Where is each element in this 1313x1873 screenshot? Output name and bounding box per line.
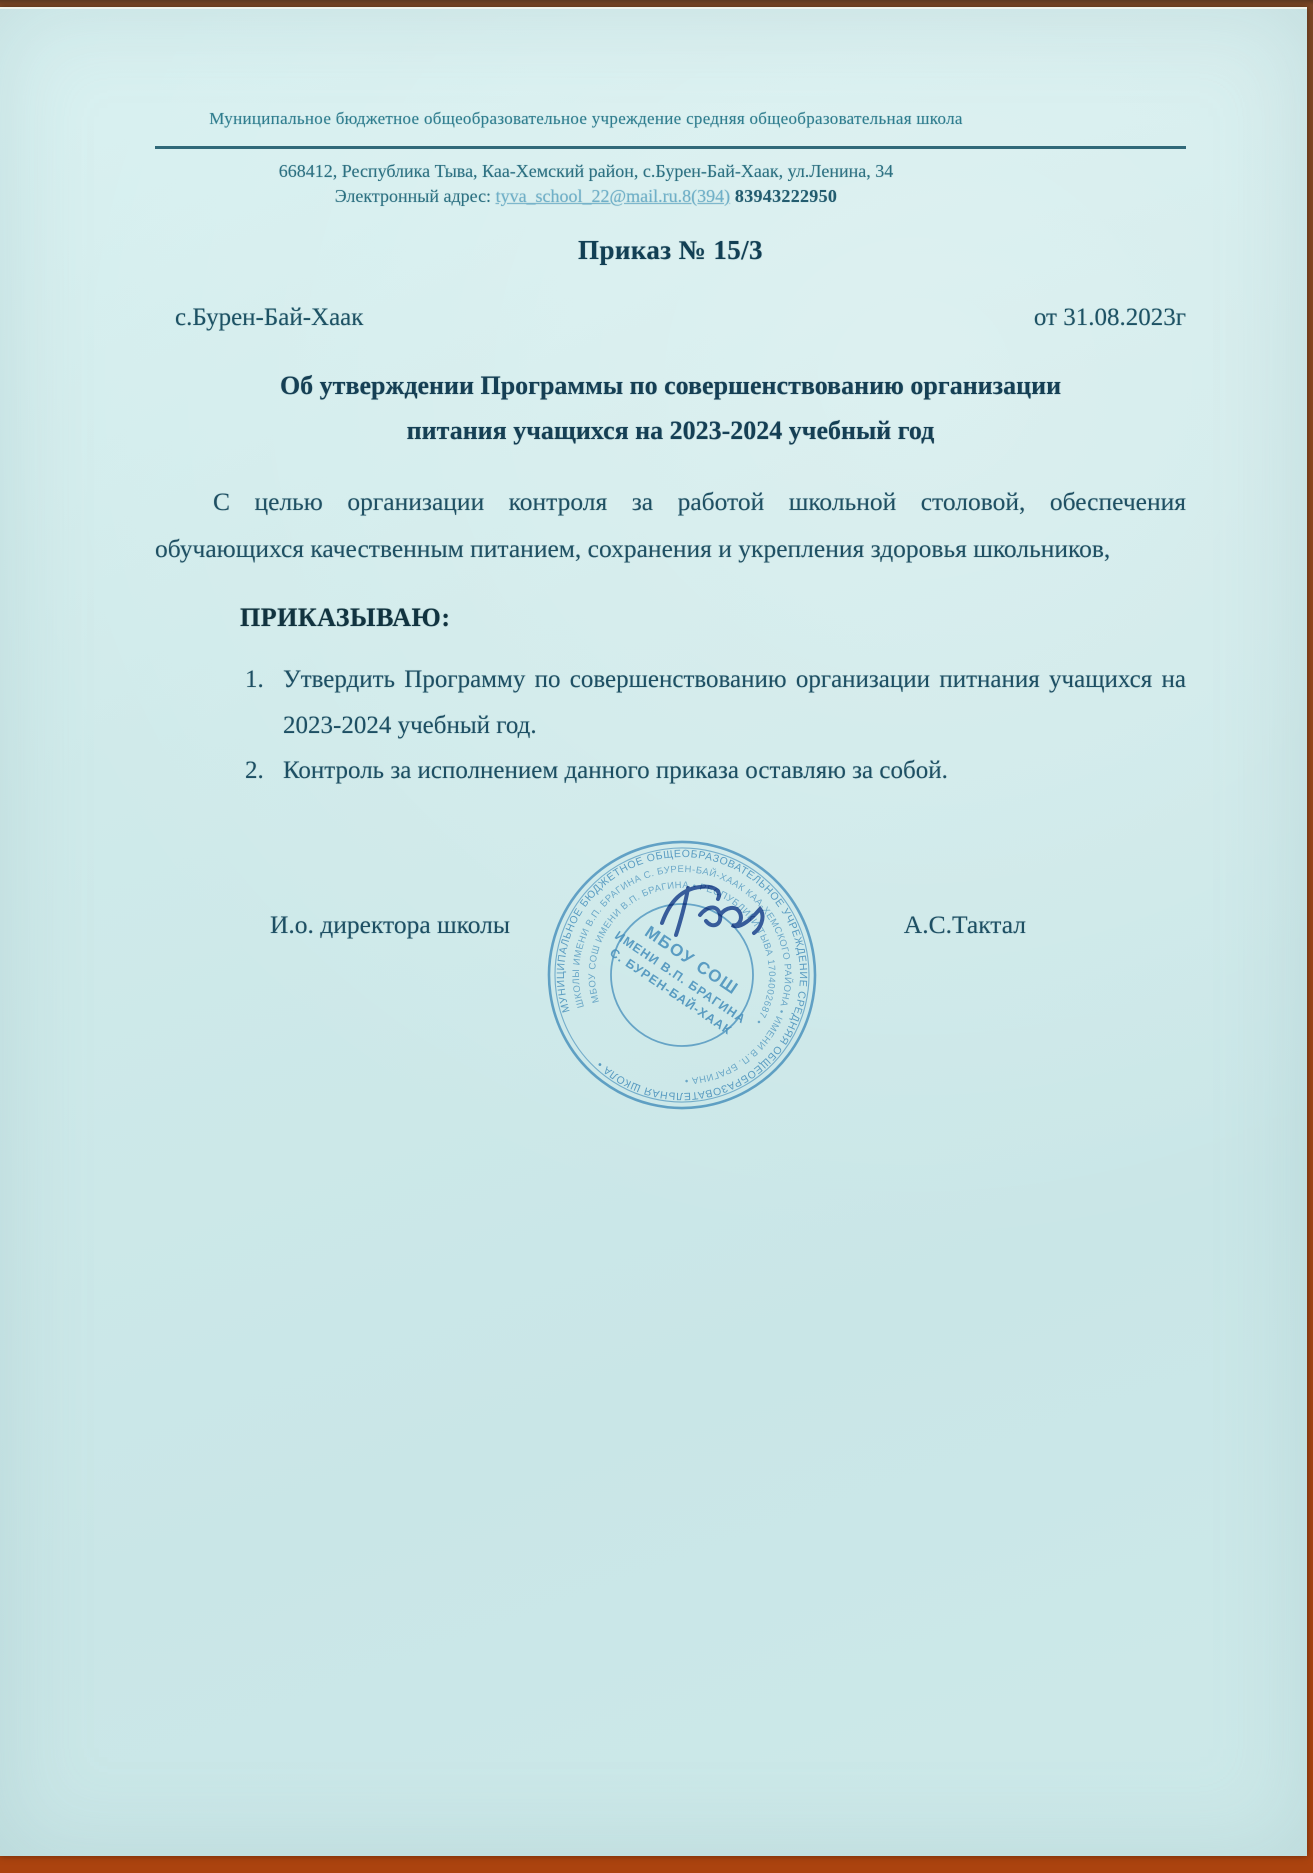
signer-role: И.о. директора школы	[270, 910, 510, 940]
order-items-list: 1. Утвердить Программу по совершенствова…	[245, 657, 1186, 794]
scanned-order-photo: { "document": { "header": { "org_line": …	[0, 0, 1313, 1873]
subject-line-1: Об утверждении Программы по совершенство…	[155, 364, 1186, 409]
item-text: Контроль за исполнением данного приказа …	[283, 748, 1186, 794]
order-title: Приказ № 15/3	[155, 235, 1186, 266]
subject-line-2: питания учащихся на 2023-2024 учебный го…	[155, 409, 1186, 454]
letterhead: Муниципальное бюджетное общеобразователь…	[155, 109, 1017, 129]
item-number: 1.	[245, 657, 283, 748]
organization-address: 668412, Республика Тыва, Каа-Хемский рай…	[155, 161, 1017, 182]
list-item: 2. Контроль за исполнением данного прика…	[245, 748, 1186, 794]
letterhead-divider	[155, 146, 1186, 149]
place-name: с.Бурен-Бай-Хаак	[175, 304, 363, 332]
place-date-row: с.Бурен-Бай-Хаак от 31.08.2023г	[155, 304, 1186, 332]
document-page: Муниципальное бюджетное общеобразователь…	[0, 7, 1307, 1856]
list-item: 1. Утвердить Программу по совершенствова…	[245, 657, 1186, 748]
document-content: Муниципальное бюджетное общеобразователь…	[155, 9, 1186, 940]
signature-graphic	[648, 871, 948, 971]
letterhead-contacts: 668412, Республика Тыва, Каа-Хемский рай…	[155, 161, 1017, 207]
email-label: Электронный адрес:	[335, 186, 496, 206]
preamble-paragraph: С целью организации контроля за работой …	[155, 479, 1186, 573]
contact-line: Электронный адрес: tyva_school_22@mail.r…	[155, 186, 1017, 207]
order-date: от 31.08.2023г	[1034, 304, 1186, 332]
item-text: Утвердить Программу по совершенствованию…	[283, 657, 1186, 748]
email-link: tyva_school_22@mail.ru.8(394)	[496, 186, 731, 206]
order-verb: ПРИКАЗЫВАЮ:	[240, 603, 1186, 633]
organization-name: Муниципальное бюджетное общеобразователь…	[155, 109, 1017, 129]
phone-number: 83943222950	[730, 186, 837, 206]
order-subject: Об утверждении Программы по совершенство…	[155, 364, 1186, 453]
item-number: 2.	[245, 748, 283, 794]
handwritten-signature	[648, 871, 948, 971]
